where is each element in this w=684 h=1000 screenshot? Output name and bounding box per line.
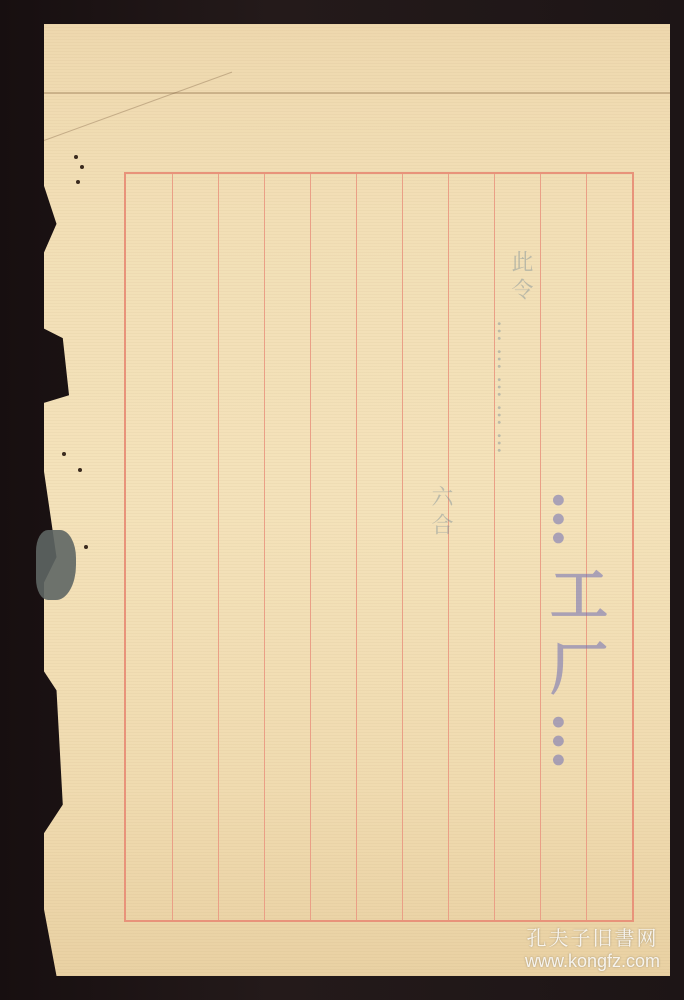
watermark-name: 孔夫子旧書网 <box>525 922 660 951</box>
faint-stamp-text: …工厂… <box>532 490 616 786</box>
column-rule <box>448 174 449 920</box>
column-rule <box>356 174 357 920</box>
water-stain <box>36 530 76 600</box>
handwritten-column-1: 此令 <box>505 250 536 306</box>
handwritten-column-3: 六合 <box>425 485 456 541</box>
column-rule <box>402 174 403 920</box>
column-rule <box>264 174 265 920</box>
fold-line <box>44 92 670 94</box>
watermark-url: www.kongfz.com <box>525 951 660 972</box>
column-rule <box>310 174 311 920</box>
watermark: 孔夫子旧書网 www.kongfz.com <box>525 922 660 972</box>
handwritten-column-2: …………… <box>492 320 517 460</box>
column-rule <box>218 174 219 920</box>
column-rule <box>494 174 495 920</box>
column-rule <box>172 174 173 920</box>
